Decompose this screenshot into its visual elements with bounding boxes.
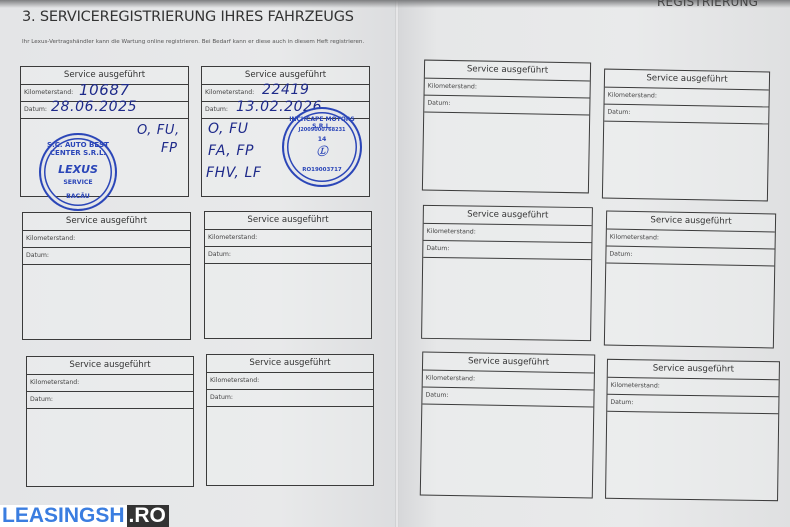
stamp-service: SERVICE: [41, 179, 115, 186]
box-header: Service ausgeführt: [207, 355, 373, 373]
box-header: Service ausgeführt: [424, 206, 592, 226]
mileage-label: Kilometerstand:: [210, 377, 259, 384]
stamp-number: 14: [284, 136, 360, 143]
date-row: Datum:: [27, 392, 193, 409]
date-label: Datum:: [24, 106, 47, 113]
date-row: Datum:: [423, 241, 591, 260]
mileage-label: Kilometerstand:: [24, 89, 73, 96]
service-note: FP: [161, 141, 178, 156]
stamp-ring-text: S.C. AUTO BEST CENTER S.R.L.: [41, 141, 115, 157]
mileage-row: Kilometerstand:: [23, 231, 190, 248]
date-row: Datum:: [607, 395, 778, 414]
date-label: Datum:: [426, 245, 449, 252]
service-box-4: Service ausgeführt Kilometerstand: Datum…: [204, 211, 372, 339]
mileage-label: Kilometerstand:: [427, 228, 476, 236]
dealer-stamp: S.C. AUTO BEST CENTER S.R.L. LEXUS SERVI…: [39, 133, 117, 211]
service-box-2: Service ausgeführt Kilometerstand: 22419…: [201, 66, 370, 197]
stamp-city: BACĂU: [41, 193, 115, 200]
mileage-label: Kilometerstand:: [611, 382, 660, 390]
lexus-emblem: Ⓛ: [284, 143, 360, 159]
date-label: Datum:: [607, 109, 630, 116]
mileage-label: Kilometerstand:: [26, 235, 75, 242]
date-row: Datum:: [23, 248, 190, 265]
service-box-3: Service ausgeführt Kilometerstand: Datum…: [22, 212, 191, 340]
service-box-9: Service ausgeführt Kilometerstand: Datum…: [421, 205, 593, 341]
service-box-10: Service ausgeführt Kilometerstand: Datum…: [604, 211, 776, 349]
right-page-header: REGISTRIERUNG: [657, 0, 758, 9]
watermark-tld: .RO: [127, 505, 169, 527]
date-row: Datum:: [207, 390, 373, 407]
service-box-7: Service ausgeführt Kilometerstand: Datum…: [422, 60, 591, 194]
date-label: Datum:: [427, 100, 450, 107]
mileage-label: Kilometerstand:: [208, 234, 257, 241]
date-row: Datum:: [606, 247, 774, 267]
service-box-11: Service ausgeführt Kilometerstand: Datum…: [420, 352, 595, 499]
intro-text: Ihr Lexus-Vertragshändler kann die Wartu…: [22, 38, 372, 46]
box-header: Service ausgeführt: [27, 357, 193, 375]
date-label: Datum:: [609, 251, 632, 258]
date-label: Datum:: [210, 394, 233, 401]
mileage-label: Kilometerstand:: [610, 234, 659, 242]
date-row: Datum: 28.06.2025: [21, 102, 188, 119]
service-note: FHV, LF: [206, 165, 262, 181]
page-title: 3. SERVICEREGISTRIERUNG IHRES FAHRZEUGS: [22, 9, 354, 25]
service-box-12: Service ausgeführt Kilometerstand: Datum…: [605, 359, 780, 501]
mileage-label: Kilometerstand:: [608, 92, 657, 100]
box-header: Service ausgeführt: [23, 213, 190, 231]
date-row: Datum:: [422, 388, 593, 408]
dealer-stamp: INCHCAPE MOTORS S.R.L. J2009000768231 14…: [282, 107, 362, 187]
service-box-5: Service ausgeführt Kilometerstand: Datum…: [26, 356, 194, 487]
date-label: Datum:: [205, 106, 228, 113]
box-header: Service ausgeführt: [205, 212, 371, 230]
service-box-8: Service ausgeführt Kilometerstand: Datum…: [602, 69, 770, 202]
date-label: Datum:: [610, 399, 633, 406]
date-value: 28.06.2025: [51, 99, 137, 115]
service-note: O, FU,: [137, 123, 180, 138]
mileage-value: 10687: [79, 82, 130, 98]
service-note: O, FU: [208, 121, 249, 137]
mileage-row: Kilometerstand:: [207, 373, 373, 390]
service-box-1: Service ausgeführt Kilometerstand: 10687…: [20, 66, 189, 197]
lexus-logo: LEXUS: [41, 163, 115, 176]
mileage-label: Kilometerstand:: [426, 375, 475, 383]
service-note: FA, FP: [208, 143, 254, 159]
mileage-row: Kilometerstand:: [27, 375, 193, 392]
date-label: Datum:: [30, 396, 53, 403]
watermark: LEASINGSH .RO: [0, 505, 169, 527]
date-label: Datum:: [208, 251, 231, 258]
watermark-brand: LEASINGSH: [0, 505, 127, 527]
date-label: Datum:: [425, 392, 448, 399]
date-row: Datum:: [604, 105, 768, 125]
date-row: Datum:: [205, 247, 371, 264]
mileage-label: Kilometerstand:: [30, 379, 79, 386]
mileage-label: Kilometerstand:: [428, 83, 477, 91]
service-box-6: Service ausgeführt Kilometerstand: Datum…: [206, 354, 374, 486]
mileage-row: Kilometerstand:: [205, 230, 371, 247]
box-header: Service ausgeführt: [608, 360, 779, 380]
mileage-label: Kilometerstand:: [205, 89, 254, 96]
date-label: Datum:: [26, 252, 49, 259]
date-row: Datum:: [424, 96, 589, 116]
stamp-cui: RO19003717: [284, 167, 360, 173]
mileage-value: 22419: [262, 82, 310, 98]
stamp-code: J2009000768231: [284, 127, 360, 133]
book-spine: [395, 0, 399, 527]
